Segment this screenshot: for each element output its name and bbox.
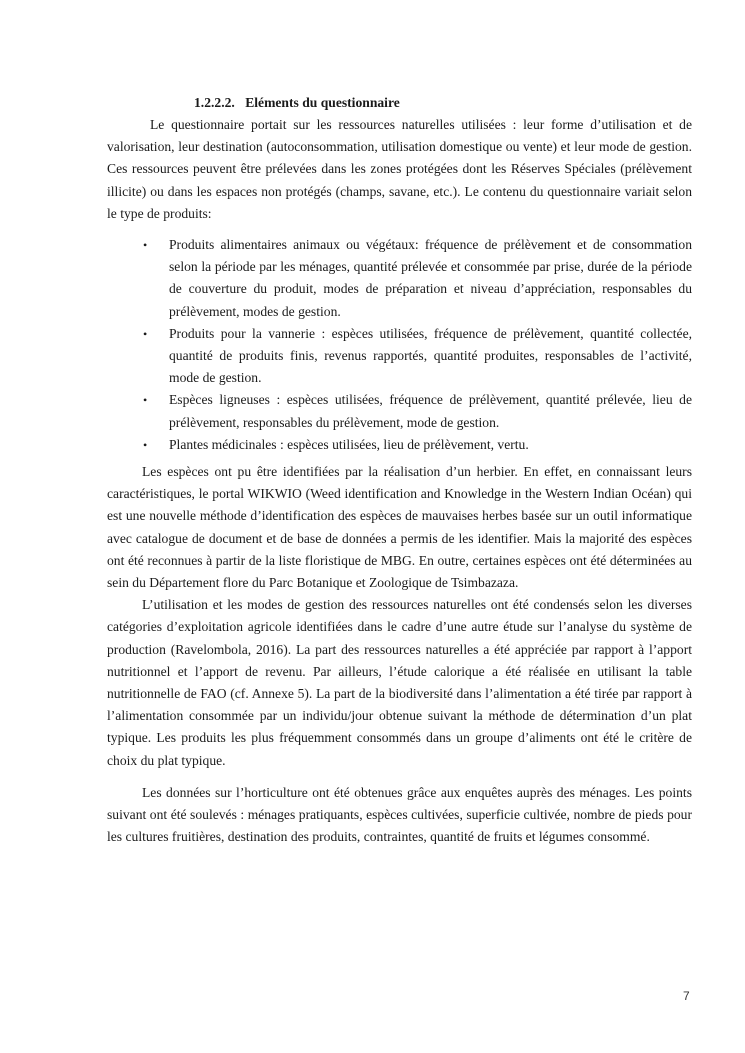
paragraph-horticulture: Les données sur l’horticulture ont été o… [107,782,692,849]
bullet-item: • Produits pour la vannerie : espèces ut… [169,323,692,390]
bullet-list: • Produits alimentaires animaux ou végét… [107,234,692,456]
bullet-text: Produits alimentaires animaux ou végétau… [169,237,692,319]
document-page: 1.2.2.2. Eléments du questionnaire Le qu… [0,0,745,1053]
page-number: 7 [683,989,690,1003]
paragraph-resource-use: L’utilisation et les modes de gestion de… [107,594,692,772]
section-title: Eléments du questionnaire [245,95,400,110]
bullet-icon: • [143,389,147,411]
bullet-text: Produits pour la vannerie : espèces util… [169,326,692,385]
page-content: 1.2.2.2. Eléments du questionnaire Le qu… [107,92,692,849]
bullet-item: • Plantes médicinales : espèces utilisée… [169,434,692,456]
intro-paragraph: Le questionnaire portait sur les ressour… [107,114,692,225]
paragraph-species-identification: Les espèces ont pu être identifiées par … [107,461,692,594]
bullet-text: Plantes médicinales : espèces utilisées,… [169,437,529,452]
bullet-item: • Produits alimentaires animaux ou végét… [169,234,692,323]
section-number: 1.2.2.2. [194,95,235,110]
bullet-icon: • [143,434,147,456]
section-heading: 1.2.2.2. Eléments du questionnaire [194,92,692,114]
bullet-icon: • [143,323,147,345]
bullet-icon: • [143,234,147,256]
bullet-item: • Espèces ligneuses : espèces utilisées,… [169,389,692,433]
bullet-text: Espèces ligneuses : espèces utilisées, f… [169,392,692,429]
